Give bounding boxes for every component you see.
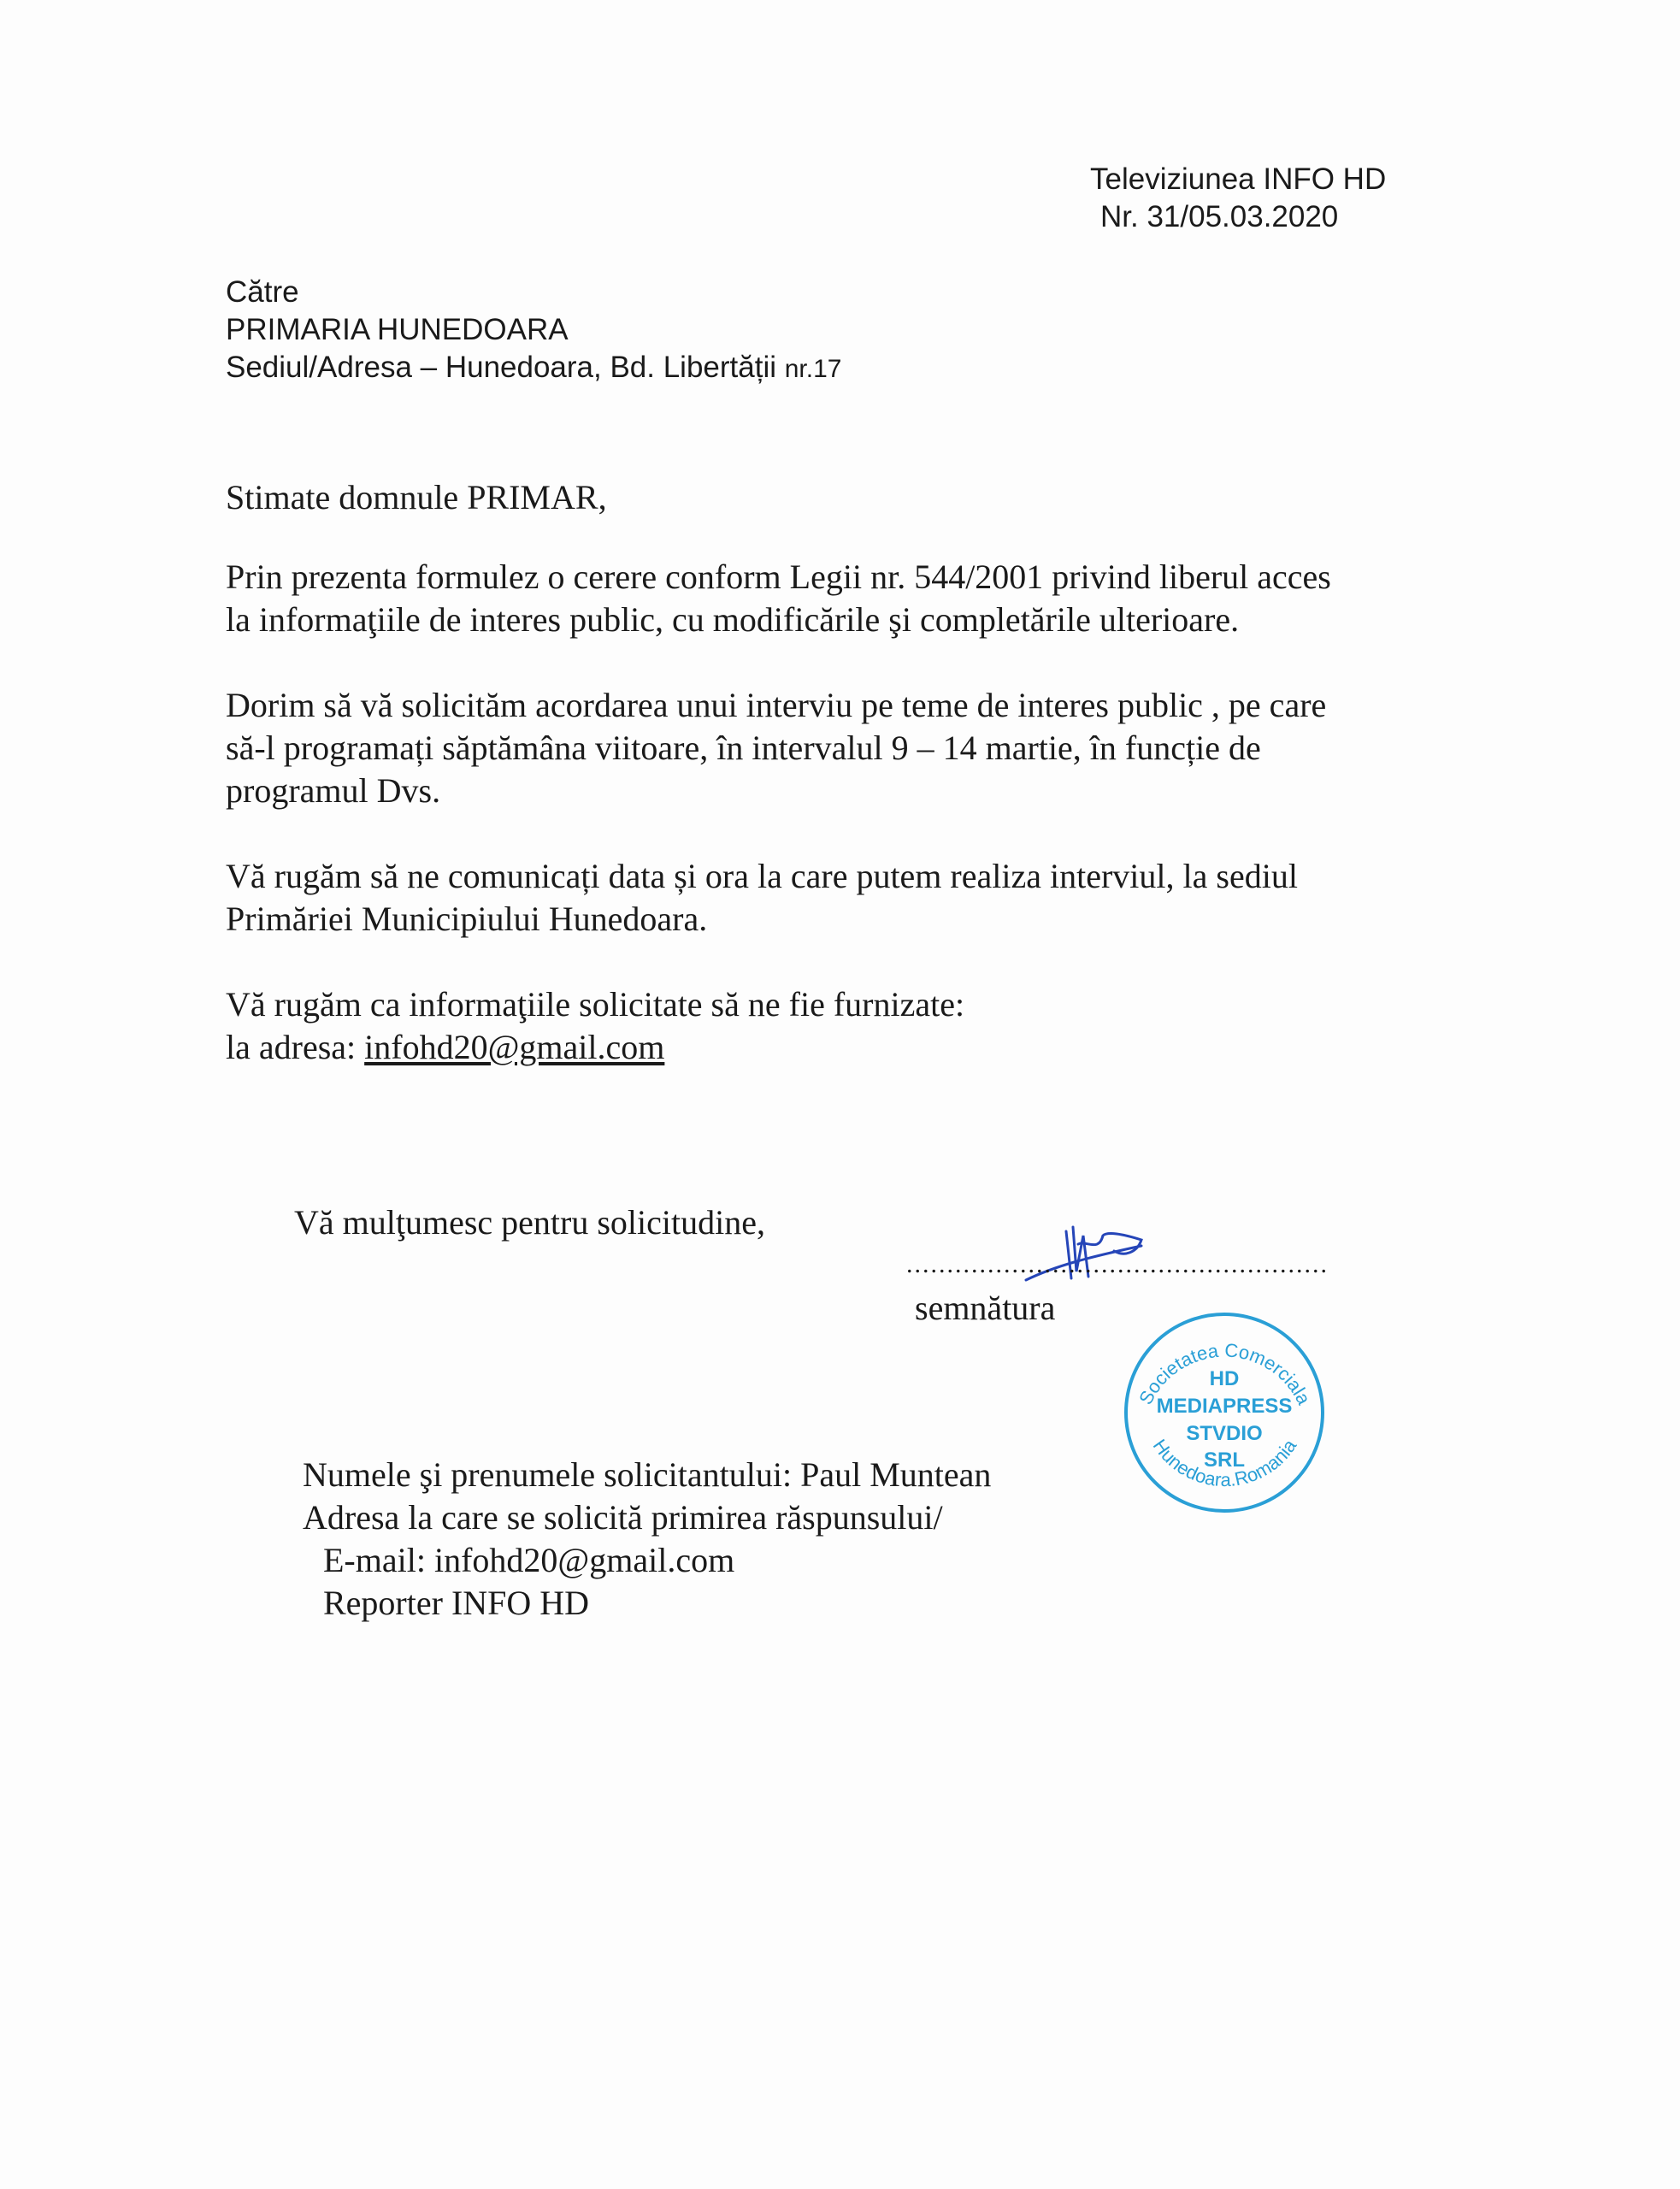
document-header: Televiziunea INFO HD Nr. 31/05.03.2020 bbox=[1090, 161, 1386, 236]
stamp-line-4: SRL bbox=[1204, 1449, 1245, 1472]
signature-label: semnătura bbox=[915, 1287, 1055, 1330]
email-link[interactable]: infohd20@gmail.com bbox=[364, 1028, 664, 1066]
paragraph-line: Vă rugăm să ne comunicați data și ora la… bbox=[226, 855, 1298, 898]
applicant-email: E-mail: infohd20@gmail.com bbox=[303, 1539, 991, 1582]
paragraph-delivery-address: Vă rugăm ca informaţiile solicitate să n… bbox=[226, 983, 964, 1069]
recipient-address-main: Sediul/Adresa – Hunedoara, Bd. Libertăți… bbox=[226, 351, 785, 384]
recipient-address-number: nr.17 bbox=[785, 355, 842, 383]
salutation: Stimate domnule PRIMAR, bbox=[226, 476, 607, 519]
closing-line: Vă mulţumesc pentru solicitudine, bbox=[294, 1201, 765, 1244]
applicant-role: Reporter INFO HD bbox=[303, 1582, 991, 1625]
paragraph-line: Primăriei Municipiului Hunedoara. bbox=[226, 898, 1298, 941]
applicant-details: Numele şi prenumele solicitantului: Paul… bbox=[303, 1454, 991, 1625]
applicant-name: Numele şi prenumele solicitantului: Paul… bbox=[303, 1454, 991, 1496]
paragraph-schedule-request: Vă rugăm să ne comunicați data și ora la… bbox=[226, 855, 1298, 941]
stamp-line-1: HD bbox=[1210, 1367, 1240, 1390]
stamp-line-2: MEDIAPRESS bbox=[1157, 1395, 1293, 1418]
address-prefix: la adresa: bbox=[226, 1028, 364, 1066]
paragraph-line: Vă rugăm ca informaţiile solicitate să n… bbox=[226, 983, 964, 1026]
paragraph-line: programul Dvs. bbox=[226, 770, 1326, 812]
paragraph-line: să-l programați săptămâna viitoare, în i… bbox=[226, 727, 1326, 770]
paragraph-interview-request: Dorim să vă solicităm acordarea unui int… bbox=[226, 684, 1326, 812]
paragraph-line: la adresa: infohd20@gmail.com bbox=[226, 1026, 964, 1069]
registration-number: Nr. 31/05.03.2020 bbox=[1090, 198, 1386, 236]
signature-line: ........................................… bbox=[906, 1250, 1329, 1279]
recipient-block: Către PRIMARIA HUNEDOARA Sediul/Adresa –… bbox=[226, 274, 841, 388]
paragraph-line: Prin prezenta formulez o cerere conform … bbox=[226, 556, 1331, 599]
organization-name: Televiziunea INFO HD bbox=[1090, 161, 1386, 198]
paragraph-line: la informaţiile de interes public, cu mo… bbox=[226, 599, 1331, 641]
recipient-to-label: Către bbox=[226, 274, 841, 311]
recipient-address: Sediul/Adresa – Hunedoara, Bd. Libertăți… bbox=[226, 349, 841, 388]
paragraph-line: Dorim să vă solicităm acordarea unui int… bbox=[226, 684, 1326, 727]
company-stamp: Societatea Comerciala Hunedoara.Romania … bbox=[1120, 1308, 1329, 1518]
paragraph-legal-basis: Prin prezenta formulez o cerere conform … bbox=[226, 556, 1331, 641]
stamp-line-3: STVDIO bbox=[1186, 1422, 1262, 1445]
recipient-name: PRIMARIA HUNEDOARA bbox=[226, 311, 841, 349]
applicant-address-label: Adresa la care se solicită primirea răsp… bbox=[303, 1496, 991, 1539]
